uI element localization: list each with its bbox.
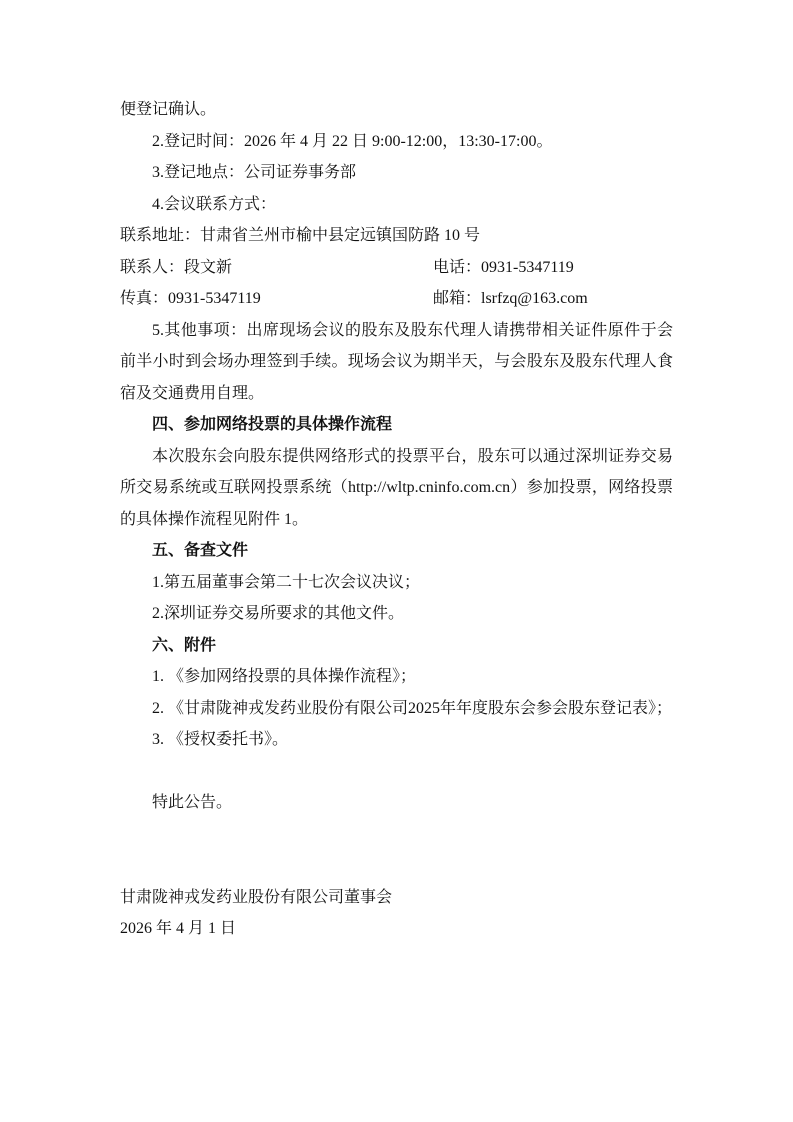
section5-heading: 五、备查文件 bbox=[120, 535, 673, 567]
closing-line: 特此公告。 bbox=[120, 787, 673, 819]
contact-address: 联系地址：甘肃省兰州市榆中县定远镇国防路 10 号 bbox=[120, 220, 673, 252]
blank-line bbox=[120, 756, 673, 788]
announcement-page: 便登记确认。 2.登记时间：2026 年 4 月 22 日 9:00-12:00… bbox=[120, 94, 673, 945]
signature-date: 2026 年 4 月 1 日 bbox=[120, 913, 673, 945]
attachment-item: 3. 《授权委托书》。 bbox=[120, 724, 673, 756]
section4-heading: 四、参加网络投票的具体操作流程 bbox=[120, 409, 673, 441]
section6-heading: 六、附件 bbox=[120, 630, 673, 662]
contact-phone: 电话：0931-5347119 bbox=[433, 252, 574, 284]
registration-time: 2.登记时间：2026 年 4 月 22 日 9:00-12:00，13:30-… bbox=[120, 126, 673, 158]
attachment-item: 2. 《甘肃陇神戎发药业股份有限公司2025年年度股东会参会股东登记表》； bbox=[120, 693, 673, 725]
contact-fax: 传真：0931-5347119 bbox=[120, 290, 261, 307]
contact-method-header: 4.会议联系方式： bbox=[120, 189, 673, 221]
contact-email: 邮箱：lsrfzq@163.com bbox=[433, 283, 588, 315]
backup-document-item: 2.深圳证券交易所要求的其他文件。 bbox=[120, 598, 673, 630]
backup-document-item: 1.第五届董事会第二十七次会议决议； bbox=[120, 567, 673, 599]
contact-fax-row: 传真：0931-5347119 邮箱：lsrfzq@163.com bbox=[120, 283, 673, 315]
signature-company: 甘肃陇神戎发药业股份有限公司董事会 bbox=[120, 882, 673, 914]
signature-block: 甘肃陇神戎发药业股份有限公司董事会 2026 年 4 月 1 日 bbox=[120, 882, 673, 945]
contact-person-row: 联系人：段文新 电话：0931-5347119 bbox=[120, 252, 673, 284]
blank-line bbox=[120, 819, 673, 851]
other-items-paragraph: 5.其他事项：出席现场会议的股东及股东代理人请携带相关证件原件于会前半小时到会场… bbox=[120, 315, 673, 410]
attachment-item: 1. 《参加网络投票的具体操作流程》； bbox=[120, 661, 673, 693]
blank-line bbox=[120, 850, 673, 882]
contact-person: 联系人：段文新 bbox=[120, 259, 232, 276]
section4-body: 本次股东会向股东提供网络形式的投票平台，股东可以通过深圳证券交易所交易系统或互联… bbox=[120, 441, 673, 536]
continuation-line: 便登记确认。 bbox=[120, 94, 673, 126]
registration-place: 3.登记地点：公司证券事务部 bbox=[120, 157, 673, 189]
